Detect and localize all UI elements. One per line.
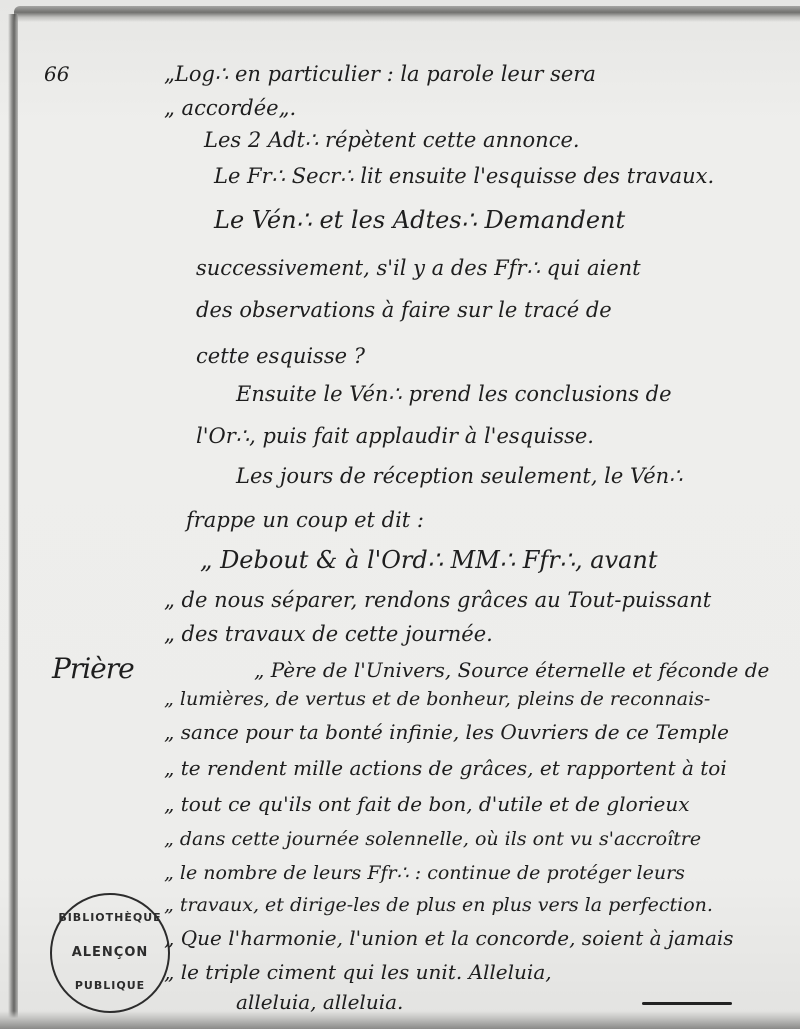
- text-line: „ sance pour ta bonté infinie, les Ouvri…: [164, 722, 729, 742]
- text-line: „ lumières, de vertus et de bonheur, ple…: [164, 690, 710, 709]
- text-line: l'Or∴, puis fait applaudir à l'esquisse.: [196, 426, 594, 447]
- library-stamp: BIBLIOTHÈQUE ALENÇON PUBLIQUE: [50, 893, 170, 1013]
- text-line: „Log∴ en particulier : la parole leur se…: [164, 64, 596, 85]
- text-line: Ensuite le Vén∴ prend les conclusions de: [236, 384, 672, 405]
- text-line: „ le nombre de leurs Ffr∴ : continue de …: [164, 864, 685, 883]
- text-line: „ dans cette journée solennelle, où ils …: [164, 830, 701, 849]
- text-line: successivement, s'il y a des Ffr∴ qui ai…: [196, 258, 641, 279]
- text-line: „ Que l'harmonie, l'union et la concorde…: [164, 928, 734, 948]
- text-line: Les 2 Adt∴ répètent cette annonce.: [204, 130, 580, 151]
- closing-flourish: [642, 1002, 732, 1005]
- text-line: cette esquisse ?: [196, 346, 365, 367]
- text-line: des observations à faire sur le tracé de: [196, 300, 612, 321]
- text-line: „ accordée„.: [164, 98, 296, 119]
- text-line: frappe un coup et dit :: [186, 510, 424, 531]
- folio-number: 66: [44, 62, 69, 86]
- text-line: „ travaux, et dirige-les de plus en plus…: [164, 896, 713, 915]
- text-line: „ des travaux de cette journée.: [164, 624, 493, 645]
- text-line: „ Père de l'Univers, Source éternelle et…: [254, 660, 769, 680]
- text-line: „ tout ce qu'ils ont fait de bon, d'util…: [164, 794, 690, 814]
- text-line: Le Vén∴ et les Adtes∴ Demandent: [214, 208, 625, 232]
- page-edge-top: [14, 6, 800, 22]
- text-line: „ de nous séparer, rendons grâces au Tou…: [164, 590, 711, 611]
- stamp-bottom-text: PUBLIQUE: [52, 979, 168, 992]
- manuscript-page: 66 Prière „Log∴ en particulier : la paro…: [0, 0, 800, 1029]
- text-line: Les jours de réception seulement, le Vén…: [236, 466, 683, 487]
- text-line: „ le triple ciment qui les unit. Allelui…: [164, 962, 552, 982]
- page-edge-left: [8, 14, 18, 1029]
- text-line: „ Debout & à l'Ord∴ MM∴ Ffr∴, avant: [200, 548, 658, 572]
- text-line: Le Fr∴ Secr∴ lit ensuite l'esquisse des …: [214, 166, 714, 187]
- stamp-top-text: BIBLIOTHÈQUE: [52, 911, 168, 924]
- text-line: „ te rendent mille actions de grâces, et…: [164, 758, 727, 778]
- margin-note-priere: Prière: [52, 652, 134, 685]
- text-line: alleluia, alleluia.: [236, 992, 403, 1012]
- stamp-middle-text: ALENÇON: [52, 945, 168, 960]
